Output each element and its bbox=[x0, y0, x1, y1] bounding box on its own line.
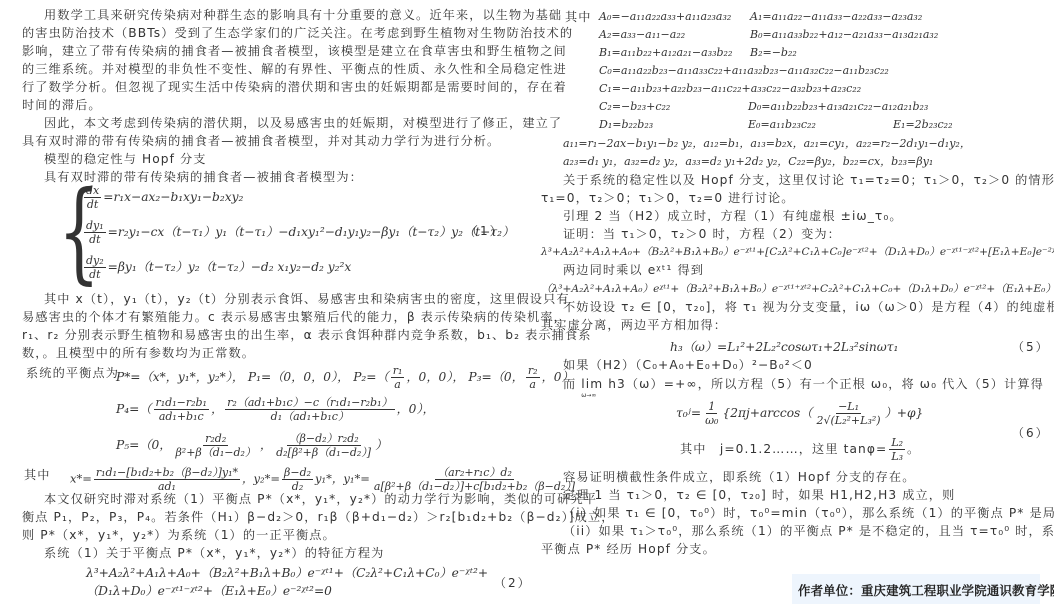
proof-intro: 证明：当 τ₁＞0，τ₂＞0 时，方程（2）变为： bbox=[563, 225, 841, 243]
variables-line-4: 数，。且模型中的所有参数均为正常数。 bbox=[22, 344, 255, 362]
coeff-d0: D₀=a₁₁b₂₂b₂₃+a₁₃a₂₁c₂₂−a₁₂a₂₁b₂₃ bbox=[748, 98, 928, 116]
coeff-b0: B₀=a₁₁a₃₃b₂₂+a₁₂−a₂₁a₃₃−a₁₃a₂₁a₃₂ bbox=[750, 26, 938, 44]
where-label: 其中 bbox=[24, 466, 51, 484]
eq2-line-2: （D₁λ+D₀）e⁻ᵡᵗ¹⁻ᵡᵗ²+（E₁λ+E₀）e⁻²ᵡᵗ²=0 bbox=[86, 582, 332, 600]
assume-line-1: 不妨设设 τ₂ ∈ [0，τ₂₀]，将 τ₁ 视为分支变量，iω（ω＞0）是方程… bbox=[563, 298, 1054, 316]
coeff-label: 其中 bbox=[565, 8, 592, 26]
coeff-c1: C₁=−a₁₁b₂₃+a₂₂b₂₃−a₁₁c₂₂+a₃₃c₂₂−a₃₂b₂₃+a… bbox=[599, 80, 861, 98]
coeff-b2: B₂=−b₂₂ bbox=[750, 44, 797, 62]
stability-line-2: τ₁=0，τ₂＞0；τ₁＞0，τ₂=0 进行讨论。 bbox=[541, 189, 795, 207]
equilibria-label: 系统的平衡点为 bbox=[26, 364, 119, 382]
case-ii-line-2: 平衡点 P* 经历 Hopf 分支。 bbox=[541, 540, 716, 558]
equilibrium-p4: P₄=（r₁d₁−r₂b₁ad₁+b₁c，r₂（ad₁+b₁c）−c（r₁d₁−… bbox=[116, 396, 435, 423]
multiply-line: 两边同时乘以 eᵡᵗ¹ 得到 bbox=[563, 261, 704, 279]
condition-line-3: 则 P*（x*，y₁*，y₂*）为系统（1）的一正平衡点。 bbox=[22, 526, 336, 544]
coeff-a1: A₁=a₁₁a₂₂−a₁₁a₃₃−a₂₂a₃₃−a₂₃a₃₂ bbox=[750, 8, 922, 26]
variables-line-3: r₁、r₂ 分别表示野生植物和易感害虫的出生率，α 表示食饵种群内竞争系数，b₁… bbox=[22, 326, 592, 344]
variables-line-1: 其中 x（t），y₁（t），y₂（t）分别表示食饵、易感害虫和染病害虫的密度，这… bbox=[44, 290, 570, 308]
intro-line-6: 时间的滞后。 bbox=[22, 96, 102, 114]
char-eq-intro: 系统（1）关于平衡点 P*（x*，y₁*，y₂*）的特征方程为 bbox=[44, 544, 384, 562]
equation-number-5: （5） bbox=[1012, 338, 1050, 355]
case-i: （i）如果 τ₁ ∈ [0，τ₀⁰）时，τ₀⁰=min（τ₀⁰），那么系统（1）… bbox=[563, 504, 1054, 522]
intro-line-1: 用数学工具来研究传染病对种群生态的影响具有十分重要的意义。近年来，以生物为基础 bbox=[44, 6, 562, 24]
coeff-a2: A₂=a₃₃−a₁₁−a₂₂ bbox=[599, 26, 685, 44]
author-affiliation: 作者单位：重庆建筑工程职业学院通识教育学院 bbox=[798, 581, 1054, 599]
limit-line: 而 lim ω→∞ h3（ω）=+∞，所以方程（5）有一个正根 ω₀，将 ω₀ … bbox=[563, 375, 1044, 393]
equilibrium-p5: P₅=（0，r₂d₂β²+β（d₁−d₂），（β−d₂）r₂d₂d₂[β²+β（… bbox=[116, 432, 387, 459]
second-para-line-1: 因此，本文考虑到传染病的潜伏期，以及易感害虫的妊娠期，对模型进行了修正，建立了 bbox=[44, 114, 562, 132]
lemma-2: 引理 2 当（H2）成立时，方程（1）有纯虚根 ±iω_τ₀。 bbox=[563, 207, 903, 225]
author-affiliation-box: 作者单位：重庆建筑工程职业学院通识教育学院 bbox=[792, 574, 1040, 604]
coeff-a0: A₀=−a₁₁a₂₂a₃₃+a₁₁a₂₃a₃₂ bbox=[599, 8, 731, 26]
condition-line-2: 衡点 P₁，P₂，P₃，P₄。若条件（H₁）β−d₂＞0，r₁β（β+d₁−d₂… bbox=[22, 508, 614, 526]
equation-number-1: （1） bbox=[466, 222, 504, 239]
equilibria-row-1: P*=（x*，y₁*，y₂*）， P₁=（0，0，0）， P₂=（r₁a，0，0… bbox=[116, 364, 574, 391]
equation-6: τ₀ʲ=1ω₀{2πj+arccos（−L₁2√(L₂²+L₃²)）+φ} bbox=[676, 400, 923, 427]
intro-line-3: 影响，建立了带有传染病的捕食者—被捕食者模型，该模型是建立在食草害虫和野生植物之… bbox=[22, 42, 567, 60]
equation-6-where: 其中 j=0.1.2……，这里 tanφ=L₂L₃。 bbox=[680, 436, 920, 463]
coeff-d1: D₁=b₂₂b₂₃ bbox=[599, 116, 653, 134]
intro-line-2: 的害虫防治技术（BBTs）受到了生态学家们的广泛关注。在考虑到野生植物对生物防治… bbox=[22, 24, 573, 42]
equation-number-6: （6） bbox=[1012, 424, 1050, 441]
condition-line-1: 本文仅研究时滞对系统（1）平衡点 P*（x*，y₁*，y₂*）的动力学行为影响，… bbox=[44, 490, 597, 508]
assume-line-2: 其实虚分离，两边平方相加得： bbox=[541, 316, 727, 334]
coeff-e1: E₁=2b₂₃c₂₂ bbox=[893, 116, 953, 134]
variables-line-2: 易感害虫的个体才有繁殖能力。c 表示易感害虫繁殖后代的能力，β 表示传染病的传染… bbox=[22, 308, 567, 326]
a-defs-line-2: a₂₃=d₁ y₁，a₃₂=d₂ y₂，a₃₃=d₂ y₁+2d₂ y₂，C₂₂… bbox=[563, 153, 933, 171]
eq2-line-1: λ³+A₂λ²+A₁λ+A₀+（B₂λ²+B₁λ+B₀）e⁻ᵡᵗ¹+（C₂λ²+… bbox=[86, 564, 488, 582]
intro-line-5: 行了数学分析。但忽视了现实生活中传染病的潜伏期和害虫的妊娠期都是需要时间的，存在… bbox=[22, 78, 567, 96]
equation-4: （λ³+A₂λ²+A₁λ+A₀）eᵡᵗ¹+（B₂λ²+B₁λ+B₀）e⁻ᵡᵗ¹⁺… bbox=[541, 280, 1054, 298]
theorem-1: 定理 1 当 τ₁＞0，τ₂ ∈ [0，τ₂₀] 时，如果 H1,H2,H3 成… bbox=[563, 486, 955, 504]
case-ii-line-1: （ii）如果 τ₁＞τ₀⁰，那么系统（1）的平衡点 P* 是不稳定的，且当 τ=… bbox=[563, 522, 1054, 540]
intro-line-4: 的三维系统。并对模型的非负性不变性、解的有界性、平衡点的性质、永久性和全局稳定性… bbox=[22, 60, 567, 78]
coeff-b1: B₁=a₁₁b₂₂+a₁₂a₂₁−a₃₃b₂₂ bbox=[599, 44, 732, 62]
stability-line-1: 关于系统的稳定性以及 Hopf 分支，这里仅讨论 τ₁=τ₂=0；τ₁＞0，τ₂… bbox=[563, 171, 1054, 189]
h2-condition: 如果（H2）（C₀+A₀+E₀+D₀）²−B₀²＜0 bbox=[563, 356, 813, 374]
section-heading: 模型的稳定性与 Hopf 分支 bbox=[44, 150, 207, 168]
coeff-e0: E₀=a₁₁b₂₃c₂₂ bbox=[748, 116, 816, 134]
coeff-c2: C₂=−b₂₃+c₂₂ bbox=[599, 98, 670, 116]
transversality: 容易证明横截性条件成立，即系统（1）Hopf 分支的存在。 bbox=[563, 468, 916, 486]
equation-3: λ³+A₂λ²+A₁λ+A₀+（B₂λ²+B₁λ+B₀）e⁻ᵡᵗ¹+[C₂λ²+… bbox=[541, 243, 1054, 261]
system1-eq1: dxdt=r₁x−ax₂−b₁xy₁−b₂xy₂ bbox=[82, 184, 243, 211]
system1-eq2: dy₁dt=r₂y₁−cx（t−τ₁）y₁（t−τ₁）−d₁xy₁²−d₁y₁y… bbox=[82, 219, 514, 246]
a-defs-line-1: a₁₁=r₁−2ax−b₁y₁−b₂ y₂，a₁₂=b₁，a₁₃=b₂x，a₂₁… bbox=[563, 135, 971, 153]
steady-state-values: x*=r₁d₁−[b₁d₂+b₂（β−d₂）]y₁*ad₁，y₂*=β−d₂d₂… bbox=[70, 466, 579, 493]
system1-eq3: dy₂dt=βy₁（t−τ₂）y₂（t−τ₂）−d₂ x₁y₂−d₂ y₂²x bbox=[82, 254, 351, 281]
equation-number-2: （2） bbox=[494, 574, 532, 591]
coeff-c0: C₀=a₁₁a₂₂b₂₃−a₁₁a₃₃c₂₂+a₁₁a₃₂b₂₃−a₁₁a₃₂c… bbox=[599, 62, 889, 80]
equation-5: h₃（ω）=L₁²+2L₂²cosωτ₁+2L₃²sinωτ₁ bbox=[670, 338, 898, 356]
second-para-line-2: 具有双时滞的带有传染病的捕食者—被捕食者模型，并对其动力学行为进行分析。 bbox=[22, 132, 500, 150]
